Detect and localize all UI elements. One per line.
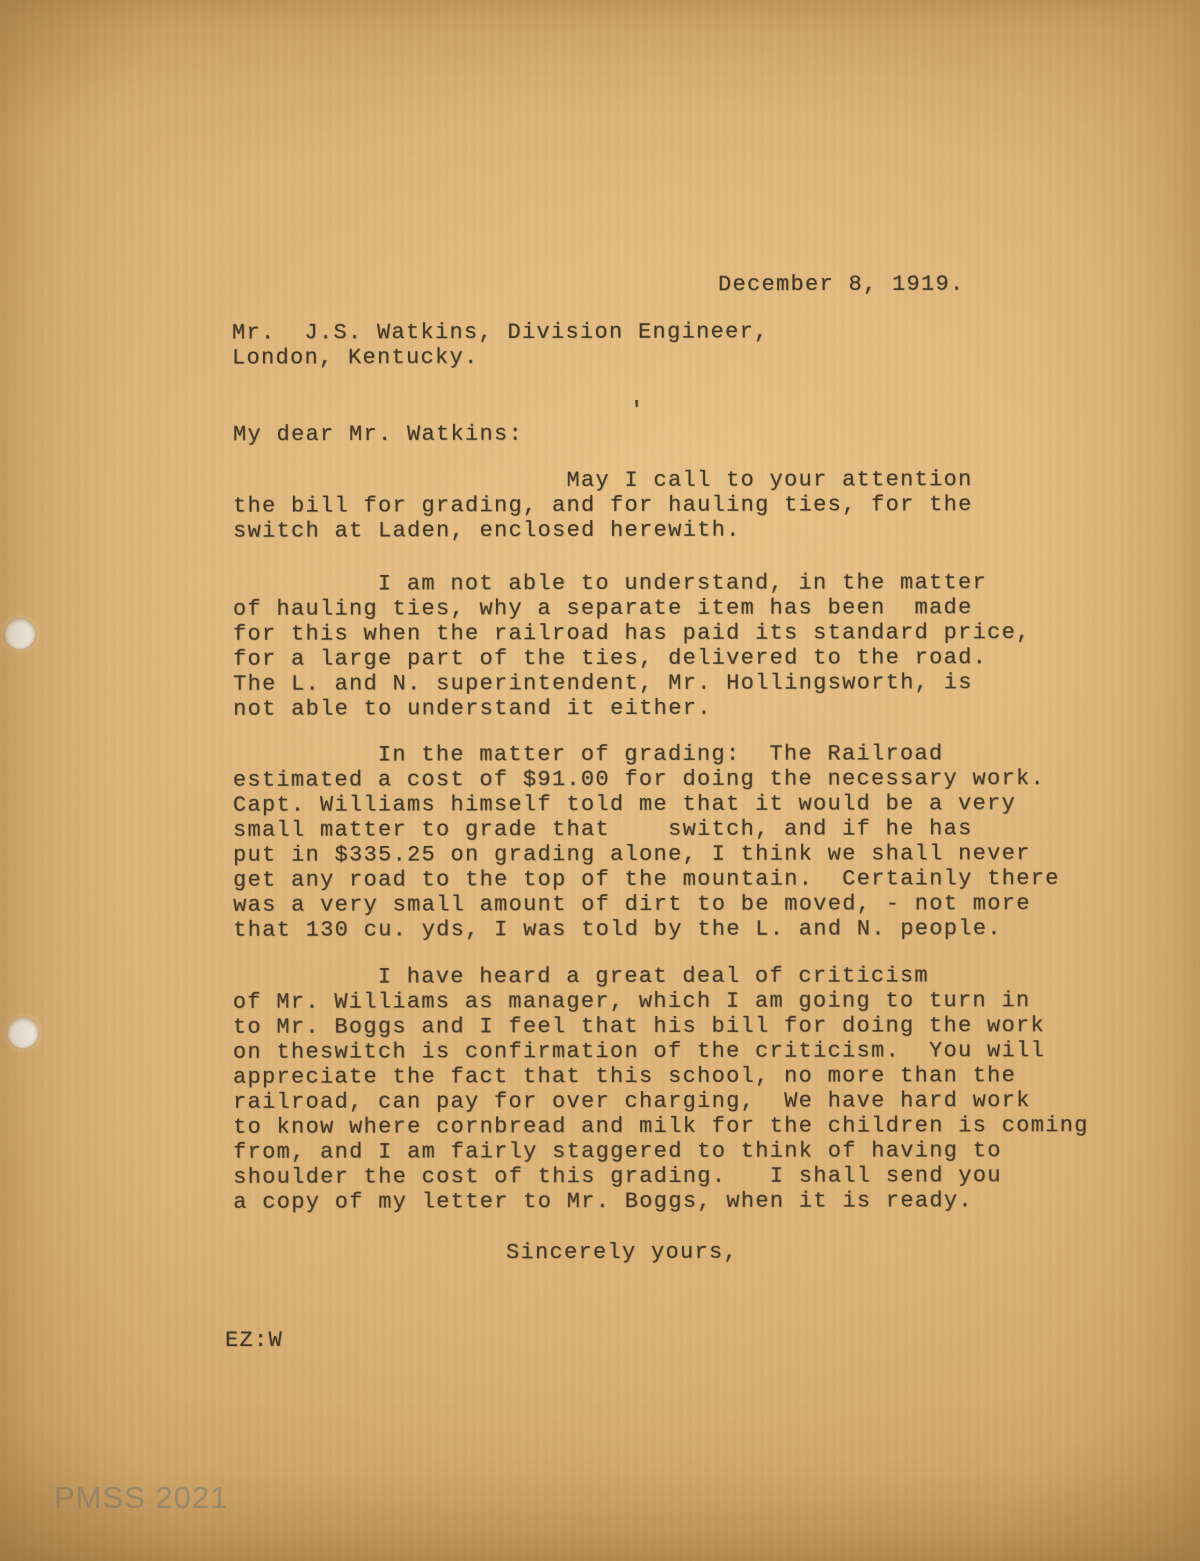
paragraph-4: I have heard a great deal of criticism o… bbox=[233, 963, 1089, 1215]
paragraph-1: May I call to your attention the bill fo… bbox=[233, 467, 973, 544]
salutation: My dear Mr. Watkins: bbox=[233, 422, 523, 448]
archive-watermark: PMSS 2021 bbox=[54, 1480, 228, 1516]
typist-initials: EZ:W bbox=[225, 1328, 283, 1353]
recipient-address: Mr. J.S. Watkins, Division Engineer, Lon… bbox=[232, 319, 769, 370]
hole-punch-bottom bbox=[8, 1018, 38, 1048]
letter-paper: December 8, 1919. Mr. J.S. Watkins, Divi… bbox=[0, 0, 1200, 1561]
hole-punch-top bbox=[5, 619, 35, 649]
paragraph-3: In the matter of grading: The Railroad e… bbox=[233, 741, 1060, 943]
stray-typed-mark: ' bbox=[630, 398, 645, 423]
paragraph-2: I am not able to understand, in the matt… bbox=[233, 570, 1031, 722]
closing-line: Sincerely yours, bbox=[506, 1240, 738, 1265]
letter-date: December 8, 1919. bbox=[718, 272, 965, 298]
